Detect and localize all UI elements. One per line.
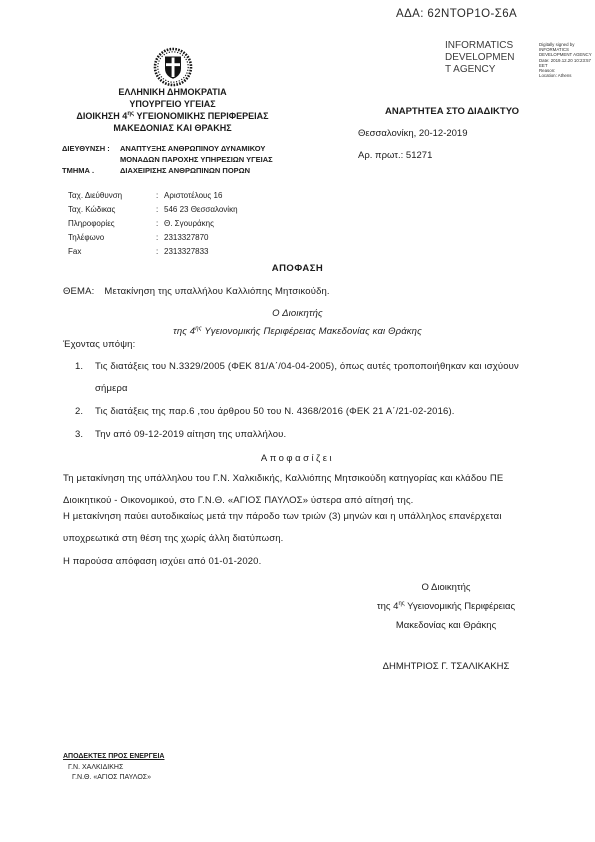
org-line-administration: ΔΙΟΙΚΗΣΗ 4ης ΥΓΕΙΟΝΟΜΙΚΗΣ ΠΕΡΙΦΕΡΕΙΑΣ bbox=[40, 110, 305, 122]
signatory-subtitle: της 4ης Υγειονομικής Περιφέρειας bbox=[340, 597, 552, 616]
signatory-region: Μακεδονίας και Θράκης bbox=[340, 616, 552, 635]
item-text: Τις διατάξεις του Ν.3329/2005 (ΦΕΚ 81/Α΄… bbox=[95, 356, 543, 400]
item-number: 2. bbox=[75, 401, 95, 423]
document-page: ΑΔΑ: 62ΝΤΟΡ1Ο-Σ6Α INFORMATICS DEVELOPMEN… bbox=[0, 0, 595, 842]
item-number: 1. bbox=[75, 356, 95, 400]
contact-row: Fax : 2313327833 bbox=[68, 245, 238, 259]
ada-code: ΑΔΑ: 62ΝΤΟΡ1Ο-Σ6Α bbox=[396, 8, 517, 20]
department-value: ΔΙΑΧΕΙΡΙΣΗΣ ΑΝΘΡΩΠΙΝΩΝ ΠΟΡΩΝ bbox=[120, 165, 250, 176]
legal-basis-item: 2. Τις διατάξεις της παρ.6 ,του άρθρου 5… bbox=[75, 401, 543, 423]
stamp-agency-line: INFORMATICS bbox=[445, 40, 514, 52]
contact-row: Τηλέφωνο : 2313327870 bbox=[68, 231, 238, 245]
stamp-agency-line: T AGENCY bbox=[445, 64, 514, 76]
contact-value: Αριστοτέλους 16 bbox=[164, 189, 222, 203]
contact-row: Πληροφορίες : Θ. Σγουράκης bbox=[68, 217, 238, 231]
recipients-block: ΑΠΟΔΕΚΤΕΣ ΠΡΟΣ ΕΝΕΡΓΕΙΑ Γ.Ν. ΧΑΛΚΙΔΙΚΗΣ … bbox=[63, 752, 164, 784]
contact-value: 2313327870 bbox=[164, 231, 209, 245]
contact-value: 2313327833 bbox=[164, 245, 209, 259]
effective-date-line: Η παρούσα απόφαση ισχύει από 01-01-2020. bbox=[63, 551, 547, 573]
recipient-item: Γ.Ν.Θ. «ΑΓΙΟΣ ΠΑΥΛΟΣ» bbox=[63, 773, 164, 784]
signatory-block: Ο Διοικητής της 4ης Υγειονομικής Περιφέρ… bbox=[340, 578, 552, 635]
division-row: ΔΙΕΥΘΥΝΣΗ : ΑΝΑΠΤΥΞΗΣ ΑΝΘΡΩΠΙΝΟΥ ΔΥΝΑΜΙΚ… bbox=[62, 143, 322, 154]
contact-value: Θ. Σγουράκης bbox=[164, 217, 214, 231]
decides-heading: Αποφασίζει bbox=[0, 448, 595, 470]
digital-signature-stamp: INFORMATICS DEVELOPMEN T AGENCY bbox=[445, 40, 514, 76]
signatory-name: ΔΗΜΗΤΡΙΟΣ Γ. ΤΣΑΛΙΚΑΚΗΣ bbox=[340, 661, 552, 672]
decision-paragraph: Η μετακίνηση παύει αυτοδικαίως μετά την … bbox=[63, 506, 547, 550]
place-and-date: Θεσσαλονίκη, 20-12-2019 bbox=[358, 128, 468, 139]
division-block: ΔΙΕΥΘΥΝΣΗ : ΑΝΑΠΤΥΞΗΣ ΑΝΘΡΩΠΙΝΟΥ ΔΥΝΑΜΙΚ… bbox=[62, 143, 322, 176]
contact-value: 546 23 Θεσσαλονίκη bbox=[164, 203, 238, 217]
org-line-region: ΜΑΚΕΔΟΝΙΑΣ ΚΑΙ ΘΡΑΚΗΣ bbox=[40, 122, 305, 134]
signatory-title: Ο Διοικητής bbox=[340, 578, 552, 597]
department-row: ΤΜΗΜΑ . ΔΙΑΧΕΙΡΙΣΗΣ ΑΝΘΡΩΠΙΝΩΝ ΠΟΡΩΝ bbox=[62, 165, 322, 176]
org-line-ministry: ΥΠΟΥΡΓΕΙΟ ΥΓΕΙΑΣ bbox=[40, 98, 305, 110]
recipient-item: Γ.Ν. ΧΑΛΚΙΔΙΚΗΣ bbox=[63, 763, 164, 774]
having-regard-label: Έχοντας υπόψη: bbox=[63, 334, 135, 356]
letterhead-org-block: ΕΛΛΗΝΙΚΗ ΔΗΜΟΚΡΑΤΙΑ ΥΠΟΥΡΓΕΙΟ ΥΓΕΙΑΣ ΔΙΟ… bbox=[40, 86, 305, 134]
contact-row: Ταχ. Κώδικας : 546 23 Θεσσαλονίκη bbox=[68, 203, 238, 217]
recipients-heading: ΑΠΟΔΕΚΤΕΣ ΠΡΟΣ ΕΝΕΡΓΕΙΑ bbox=[63, 752, 164, 763]
item-number: 3. bbox=[75, 424, 95, 446]
item-text: Τις διατάξεις της παρ.6 ,του άρθρου 50 τ… bbox=[95, 401, 455, 423]
subject-label: ΘΕΜΑ: bbox=[63, 286, 94, 297]
stamp-agency-line: DEVELOPMEN bbox=[445, 52, 514, 64]
decision-title: ΑΠΟΦΑΣΗ bbox=[0, 258, 595, 280]
contact-info-block: Ταχ. Διεύθυνση : Αριστοτέλους 16 Ταχ. Κώ… bbox=[68, 189, 238, 259]
protocol-number: Αρ. πρωτ.: 51271 bbox=[358, 150, 432, 161]
item-text: Την από 09-12-2019 αίτηση της υπαλλήλου. bbox=[95, 424, 286, 446]
digital-signature-details: Digitally signed by INFORMATICS DEVELOPM… bbox=[539, 42, 593, 78]
contact-row: Ταχ. Διεύθυνση : Αριστοτέλους 16 bbox=[68, 189, 238, 203]
division-row: ΜΟΝΑΔΩΝ ΠΑΡΟΧΗΣ ΥΠΗΡΕΣΙΩΝ ΥΓΕΙΑΣ bbox=[62, 154, 322, 165]
legal-basis-item: 1. Τις διατάξεις του Ν.3329/2005 (ΦΕΚ 81… bbox=[75, 356, 543, 400]
subject-line: ΘΕΜΑ:Μετακίνηση της υπαλλήλου Καλλιόπης … bbox=[63, 281, 553, 303]
division-label: ΔΙΕΥΘΥΝΣΗ : bbox=[62, 143, 120, 154]
division-value-line1: ΑΝΑΠΤΥΞΗΣ ΑΝΘΡΩΠΙΝΟΥ ΔΥΝΑΜΙΚΟΥ bbox=[120, 143, 265, 154]
publish-notice: ΑΝΑΡΤΗΤΕΑ ΣΤΟ ΔΙΑΔΙΚΤΥΟ bbox=[385, 106, 519, 117]
legal-basis-item: 3. Την από 09-12-2019 αίτηση της υπαλλήλ… bbox=[75, 424, 543, 446]
department-label: ΤΜΗΜΑ . bbox=[62, 165, 120, 176]
subject-text: Μετακίνηση της υπαλλήλου Καλλιόπης Μητσι… bbox=[104, 286, 329, 297]
org-line-republic: ΕΛΛΗΝΙΚΗ ΔΗΜΟΚΡΑΤΙΑ bbox=[40, 86, 305, 98]
division-value-line2: ΜΟΝΑΔΩΝ ΠΑΡΟΧΗΣ ΥΠΗΡΕΣΙΩΝ ΥΓΕΙΑΣ bbox=[120, 154, 273, 165]
